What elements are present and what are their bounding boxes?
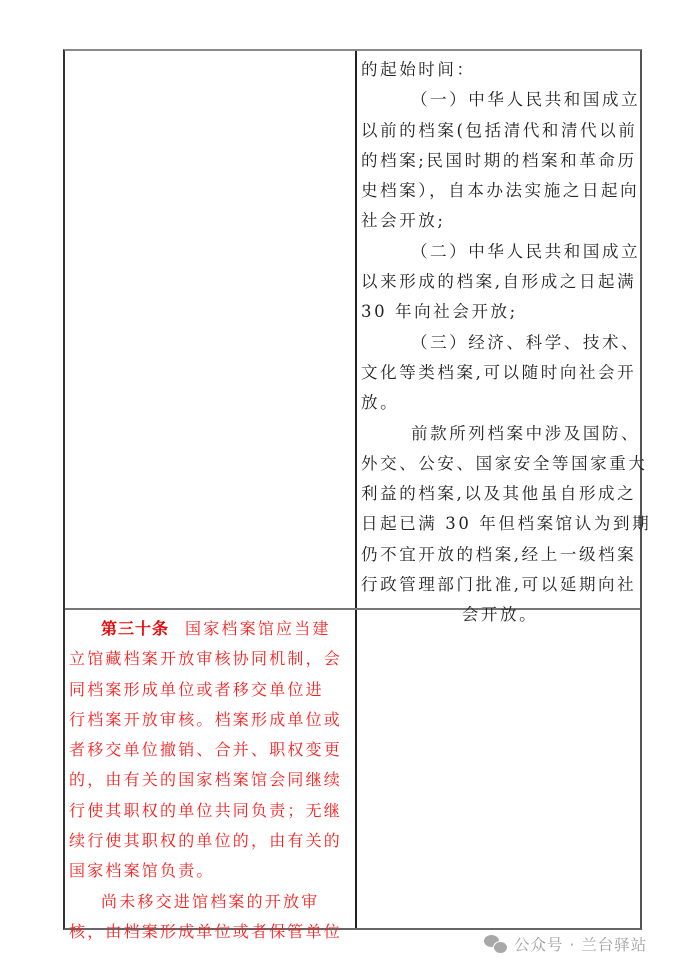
text-line: 核，由档案形成单位或者保管单位 xyxy=(69,917,353,947)
text-line: （一）中华人民共和国成立 xyxy=(361,85,639,115)
text-line: 的起始时间： xyxy=(361,55,639,85)
article-number: 第三十条 xyxy=(101,619,169,638)
watermark-text: 公众号 · 兰台驿站 xyxy=(514,933,647,955)
text-line: 利益的档案,以及其他虽自形成之 xyxy=(361,479,639,509)
text-line: 以来形成的档案,自形成之日起满 xyxy=(361,267,639,297)
text-line: （二）中华人民共和国成立 xyxy=(361,237,639,267)
text-line: 放。 xyxy=(361,388,639,418)
row2-right-cell xyxy=(357,610,640,928)
text-line: 史档案），自本办法实施之日起向 xyxy=(361,176,639,206)
text-line: 30 年向社会开放; xyxy=(361,297,639,327)
text-line: 仍不宜开放的档案,经上一级档案 xyxy=(361,540,639,570)
text-line: 的，由有关的国家档案馆会同继续 xyxy=(69,765,353,795)
text-line: 文化等类档案,可以随时向社会开 xyxy=(361,358,639,388)
text-line: 行政管理部门批准,可以延期向社 xyxy=(361,570,639,600)
text-line: 行档案开放审核。档案形成单位或 xyxy=(69,705,353,735)
text-line: 外交、公安、国家安全等国家重大 xyxy=(361,449,639,479)
text-line: 日起已满 30 年但档案馆认为到期 xyxy=(361,509,639,539)
row2-left-cell: 第三十条国家档案馆应当建 立馆藏档案开放审核协同机制，会 同档案形成单位或者移交… xyxy=(69,614,353,947)
text-line: 社会开放; xyxy=(361,206,639,236)
row1-left-cell xyxy=(65,51,355,608)
text-line: 尚未移交进馆档案的开放审 xyxy=(69,887,353,917)
watermark: 公众号 · 兰台驿站 xyxy=(484,932,647,956)
comparison-table: 的起始时间： （一）中华人民共和国成立 以前的档案(包括清代和清代以前 的档案;… xyxy=(63,49,642,930)
article-text: 国家档案馆应当建 xyxy=(185,619,331,638)
text-line: （三）经济、科学、技术、 xyxy=(361,328,639,358)
text-line: 续行使其职权的单位的，由有关的 xyxy=(69,826,353,856)
wechat-icon xyxy=(484,934,508,954)
text-line: 行使其职权的单位共同负责；无继 xyxy=(69,796,353,826)
text-line: 同档案形成单位或者移交单位进 xyxy=(69,675,353,705)
text-line: 第三十条国家档案馆应当建 xyxy=(69,614,353,644)
text-line: 前款所列档案中涉及国防、 xyxy=(361,419,639,449)
text-line: 的档案;民国时期的档案和革命历 xyxy=(361,146,639,176)
row1-right-cell: 的起始时间： （一）中华人民共和国成立 以前的档案(包括清代和清代以前 的档案;… xyxy=(361,55,639,631)
text-line: 立馆藏档案开放审核协同机制，会 xyxy=(69,644,353,674)
text-line: 者移交单位撤销、合并、职权变更 xyxy=(69,735,353,765)
text-line: 以前的档案(包括清代和清代以前 xyxy=(361,116,639,146)
text-line: 国家档案馆负责。 xyxy=(69,856,353,886)
